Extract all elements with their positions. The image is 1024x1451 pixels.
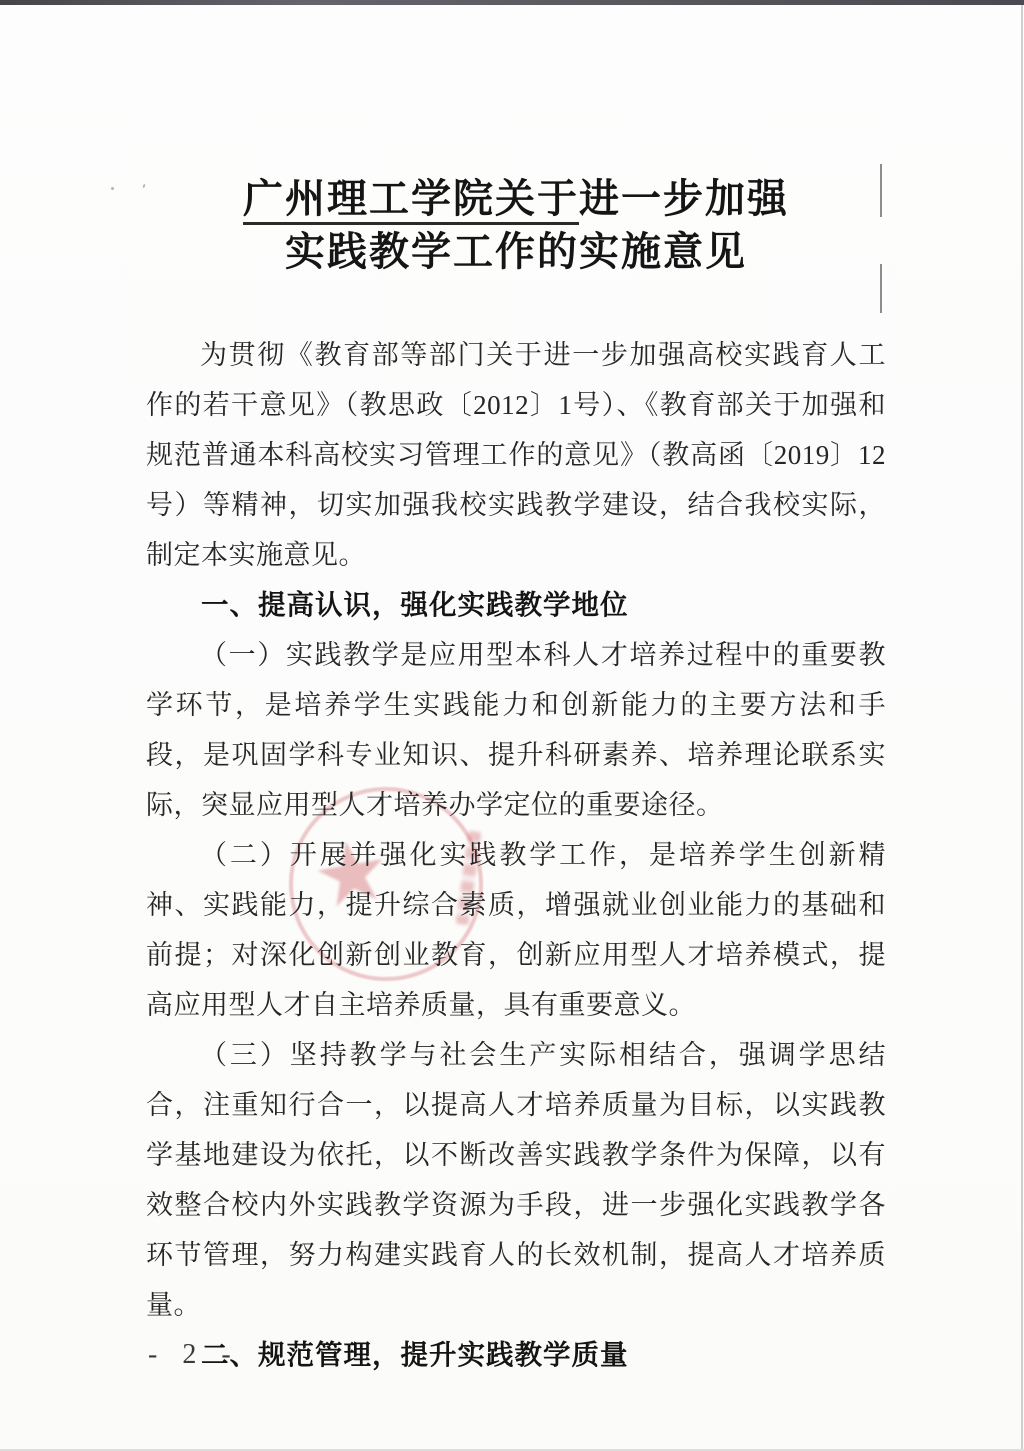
section-heading-1: 一、提高认识，强化实践教学地位: [146, 580, 886, 630]
body-text: 为贯彻《教育部等部门关于进一步加强高校实践育人工作的若干意见》（教思政〔2012…: [146, 330, 886, 1380]
title-line1-rest: 进一步加强: [579, 176, 789, 221]
scan-edge-top: [0, 0, 1024, 5]
title-line-1: 广州理工学院关于进一步加强: [146, 172, 886, 225]
paragraph-1-2: （二）开展并强化实践教学工作，是培养学生创新精神、实践能力，提升综合素质，增强就…: [146, 830, 886, 1030]
page-number: - 2 -: [148, 1339, 240, 1371]
section-heading-2: 二、规范管理，提升实践教学质量: [146, 1330, 886, 1380]
scanned-document-page: ★ 广州理工学院关于进一步加强 实践教学工作的实施意见 为贯彻《教育部等部门关于…: [0, 0, 1024, 1451]
title-line-2: 实践教学工作的实施意见: [146, 225, 886, 278]
title-underlined-part: 广州理工学院关于: [243, 176, 579, 225]
paragraph-intro: 为贯彻《教育部等部门关于进一步加强高校实践育人工作的若干意见》（教思政〔2012…: [146, 330, 886, 580]
document-body: 广州理工学院关于进一步加强 实践教学工作的实施意见 为贯彻《教育部等部门关于进一…: [146, 172, 886, 1380]
scan-speck: [111, 187, 114, 190]
paragraph-1-3: （三）坚持教学与社会生产实际相结合，强调学思结合，注重知行合一，以提高人才培养质…: [146, 1030, 886, 1330]
scan-edge-right: [1021, 5, 1023, 1451]
paragraph-1-1: （一）实践教学是应用型本科人才培养过程中的重要教学环节，是培养学生实践能力和创新…: [146, 630, 886, 830]
document-title: 广州理工学院关于进一步加强 实践教学工作的实施意见: [146, 172, 886, 278]
